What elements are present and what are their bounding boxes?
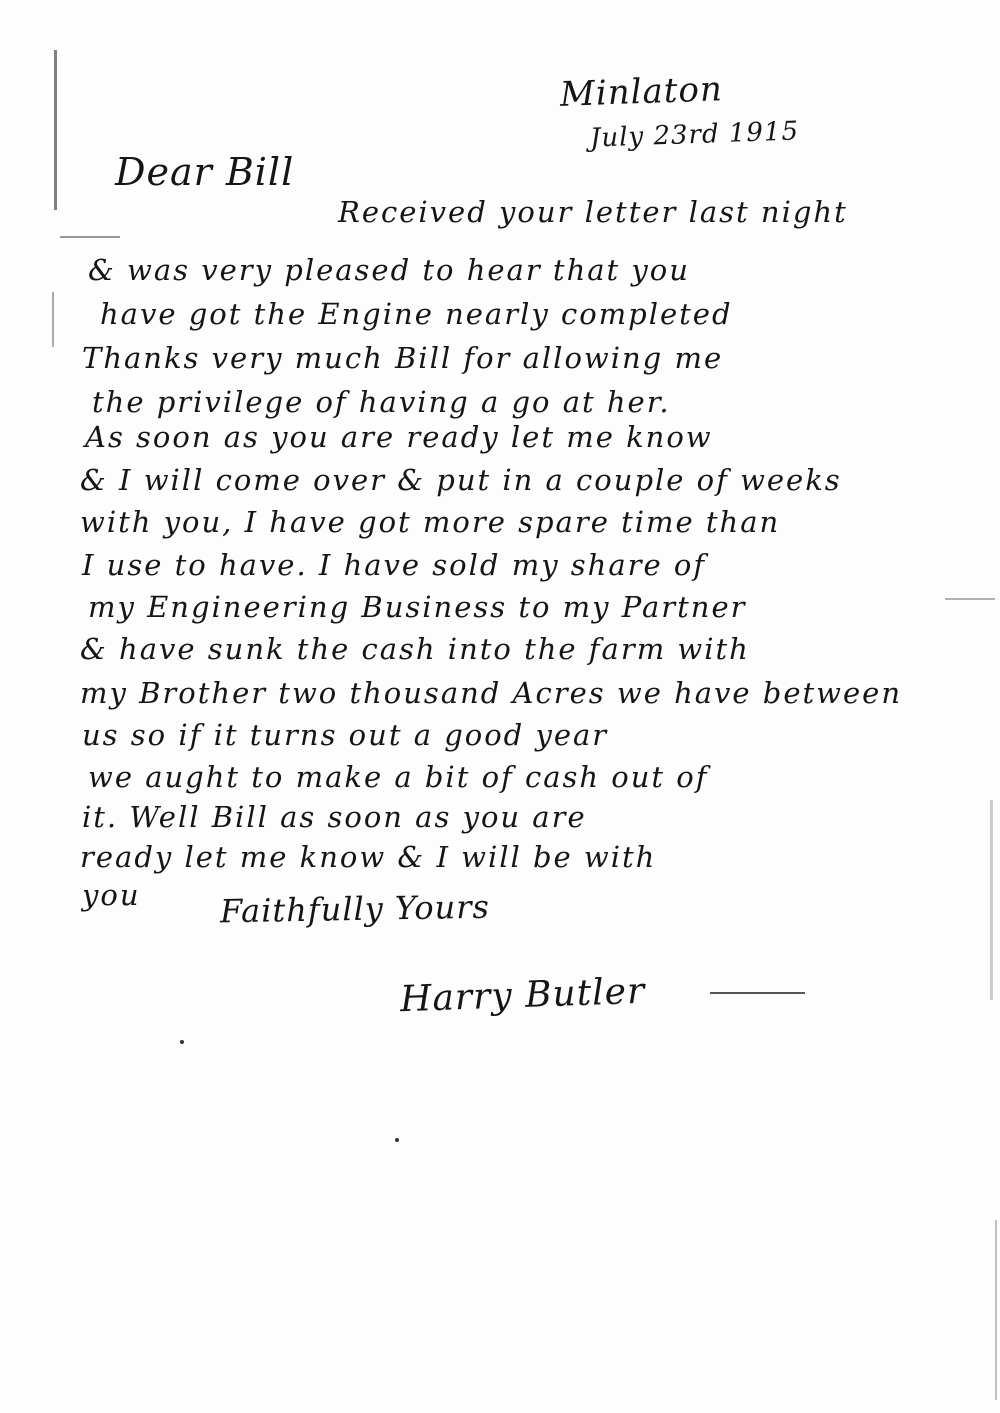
scan-edge-mark [52, 292, 54, 347]
body-line: us so if it turns out a good year [82, 718, 608, 752]
letter-place: Minlaton [559, 69, 723, 115]
letter-date: July 23rd 1915 [590, 116, 800, 153]
body-line: we aught to make a bit of cash out of [88, 760, 709, 794]
letter-signature: Harry Butler [399, 971, 645, 1021]
body-line: & have sunk the cash into the farm with [80, 632, 750, 666]
body-line: Received your letter last night [338, 195, 848, 229]
scan-edge-mark [945, 598, 995, 600]
body-line: Thanks very much Bill for allowing me [82, 341, 723, 375]
body-line: my Engineering Business to my Partner [88, 590, 747, 624]
body-line: & was very pleased to hear that you [88, 253, 690, 287]
scan-edge-mark [990, 800, 993, 1000]
body-line: it. Well Bill as soon as you are [82, 800, 587, 834]
ink-speck [180, 1040, 184, 1044]
scan-edge-mark [54, 50, 57, 210]
body-line: ready let me know & I will be with [80, 840, 656, 874]
scan-edge-mark [60, 236, 120, 238]
letter-closing: Faithfully Yours [220, 888, 491, 931]
letter-salutation: Dear Bill [115, 150, 294, 194]
ink-speck [395, 1138, 399, 1142]
body-line: I use to have. I have sold my share of [82, 548, 706, 582]
body-line: you [82, 878, 141, 912]
letter-page: Minlaton July 23rd 1915 Dear Bill Receiv… [0, 0, 1000, 1413]
body-line: have got the Engine nearly completed [100, 297, 733, 331]
body-line: As soon as you are ready let me know [85, 420, 713, 454]
scan-edge-mark [995, 1220, 997, 1400]
body-line: with you, I have got more spare time tha… [80, 505, 780, 539]
body-line: the privilege of having a go at her. [92, 385, 671, 419]
body-line: & I will come over & put in a couple of … [80, 463, 842, 497]
signature-flourish [710, 992, 805, 994]
body-line: my Brother two thousand Acres we have be… [80, 676, 902, 710]
